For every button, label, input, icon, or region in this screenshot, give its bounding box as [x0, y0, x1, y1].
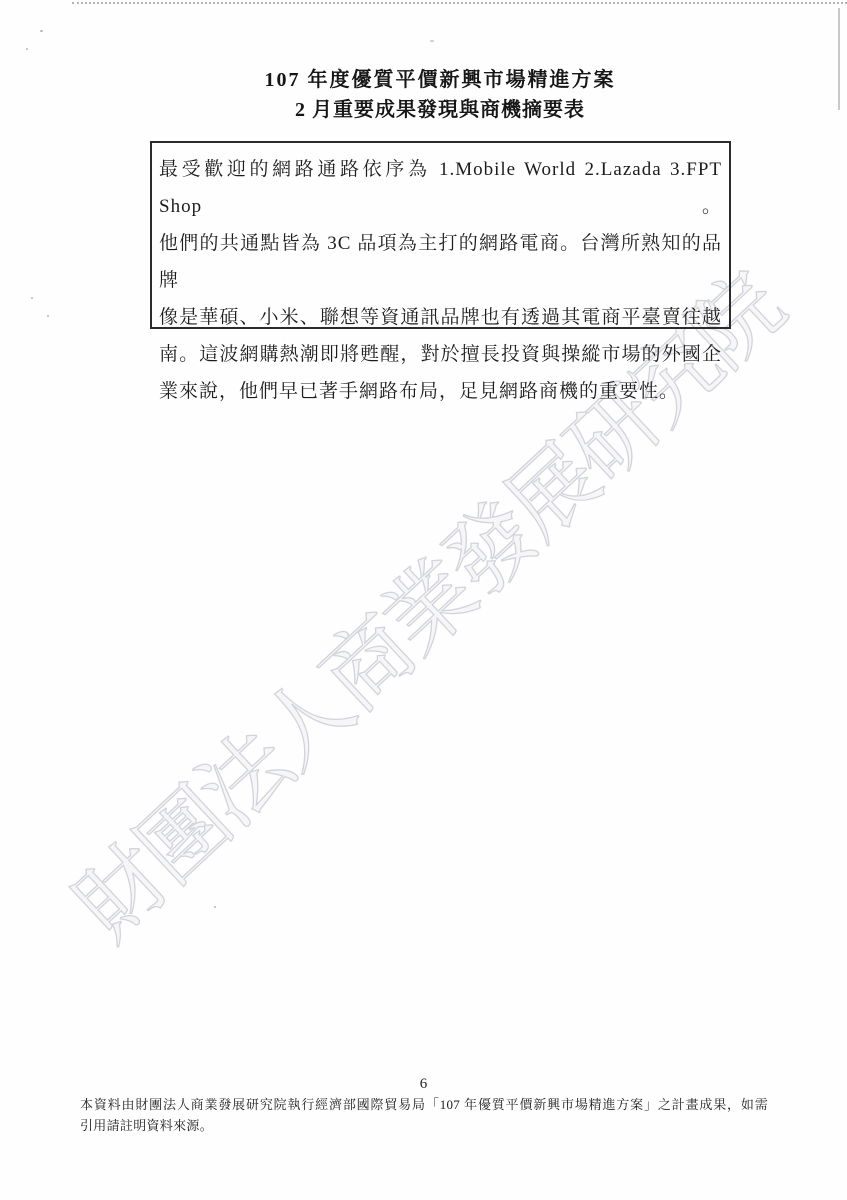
summary-text-line: 業來說，他們早已著手網路布局，足見網路商機的重要性。 [159, 373, 722, 410]
scan-speck [31, 297, 33, 299]
scan-speck [40, 30, 43, 32]
document-title-line2: 2 月重要成果發現與商機摘要表 [150, 96, 730, 124]
summary-text-line: 他們的共通點皆為 3C 品項為主打的網路電商。台灣所熟知的品牌 [159, 225, 722, 299]
document-title-line1: 107 年度優質平價新興市場精進方案 [150, 66, 730, 94]
summary-text-line: 南。這波網購熱潮即將甦醒，對於擅長投資與操縱市場的外國企 [159, 336, 722, 373]
scan-artifact-dotted-top-line [72, 2, 847, 4]
scan-speck [26, 48, 28, 50]
scan-speck [214, 906, 216, 908]
scan-speck [430, 40, 434, 42]
scan-speck [47, 315, 49, 317]
summary-text-line: 像是華碩、小米、聯想等資通訊品牌也有透過其電商平臺賣往越 [159, 299, 722, 336]
summary-text-line: 最受歡迎的網路通路依序為 1.Mobile World 2.Lazada 3.F… [159, 151, 722, 225]
footer-note-line1: 本資料由財團法人商業發展研究院執行經濟部國際貿易局「107 年優質平價新興市場精… [80, 1094, 768, 1115]
scanned-document-page: 財團法人商業發展研究院 107 年度優質平價新興市場精進方案 2 月重要成果發現… [0, 0, 847, 1200]
footer-note-line2: 引用請註明資料來源。 [80, 1115, 768, 1136]
footer-source-note: 本資料由財團法人商業發展研究院執行經濟部國際貿易局「107 年優質平價新興市場精… [80, 1094, 768, 1136]
scan-artifact-right-edge-line [838, 8, 840, 110]
document-title-block: 107 年度優質平價新興市場精進方案 2 月重要成果發現與商機摘要表 [150, 66, 730, 124]
page-number: 6 [0, 1076, 847, 1093]
summary-box: 最受歡迎的網路通路依序為 1.Mobile World 2.Lazada 3.F… [150, 141, 731, 329]
